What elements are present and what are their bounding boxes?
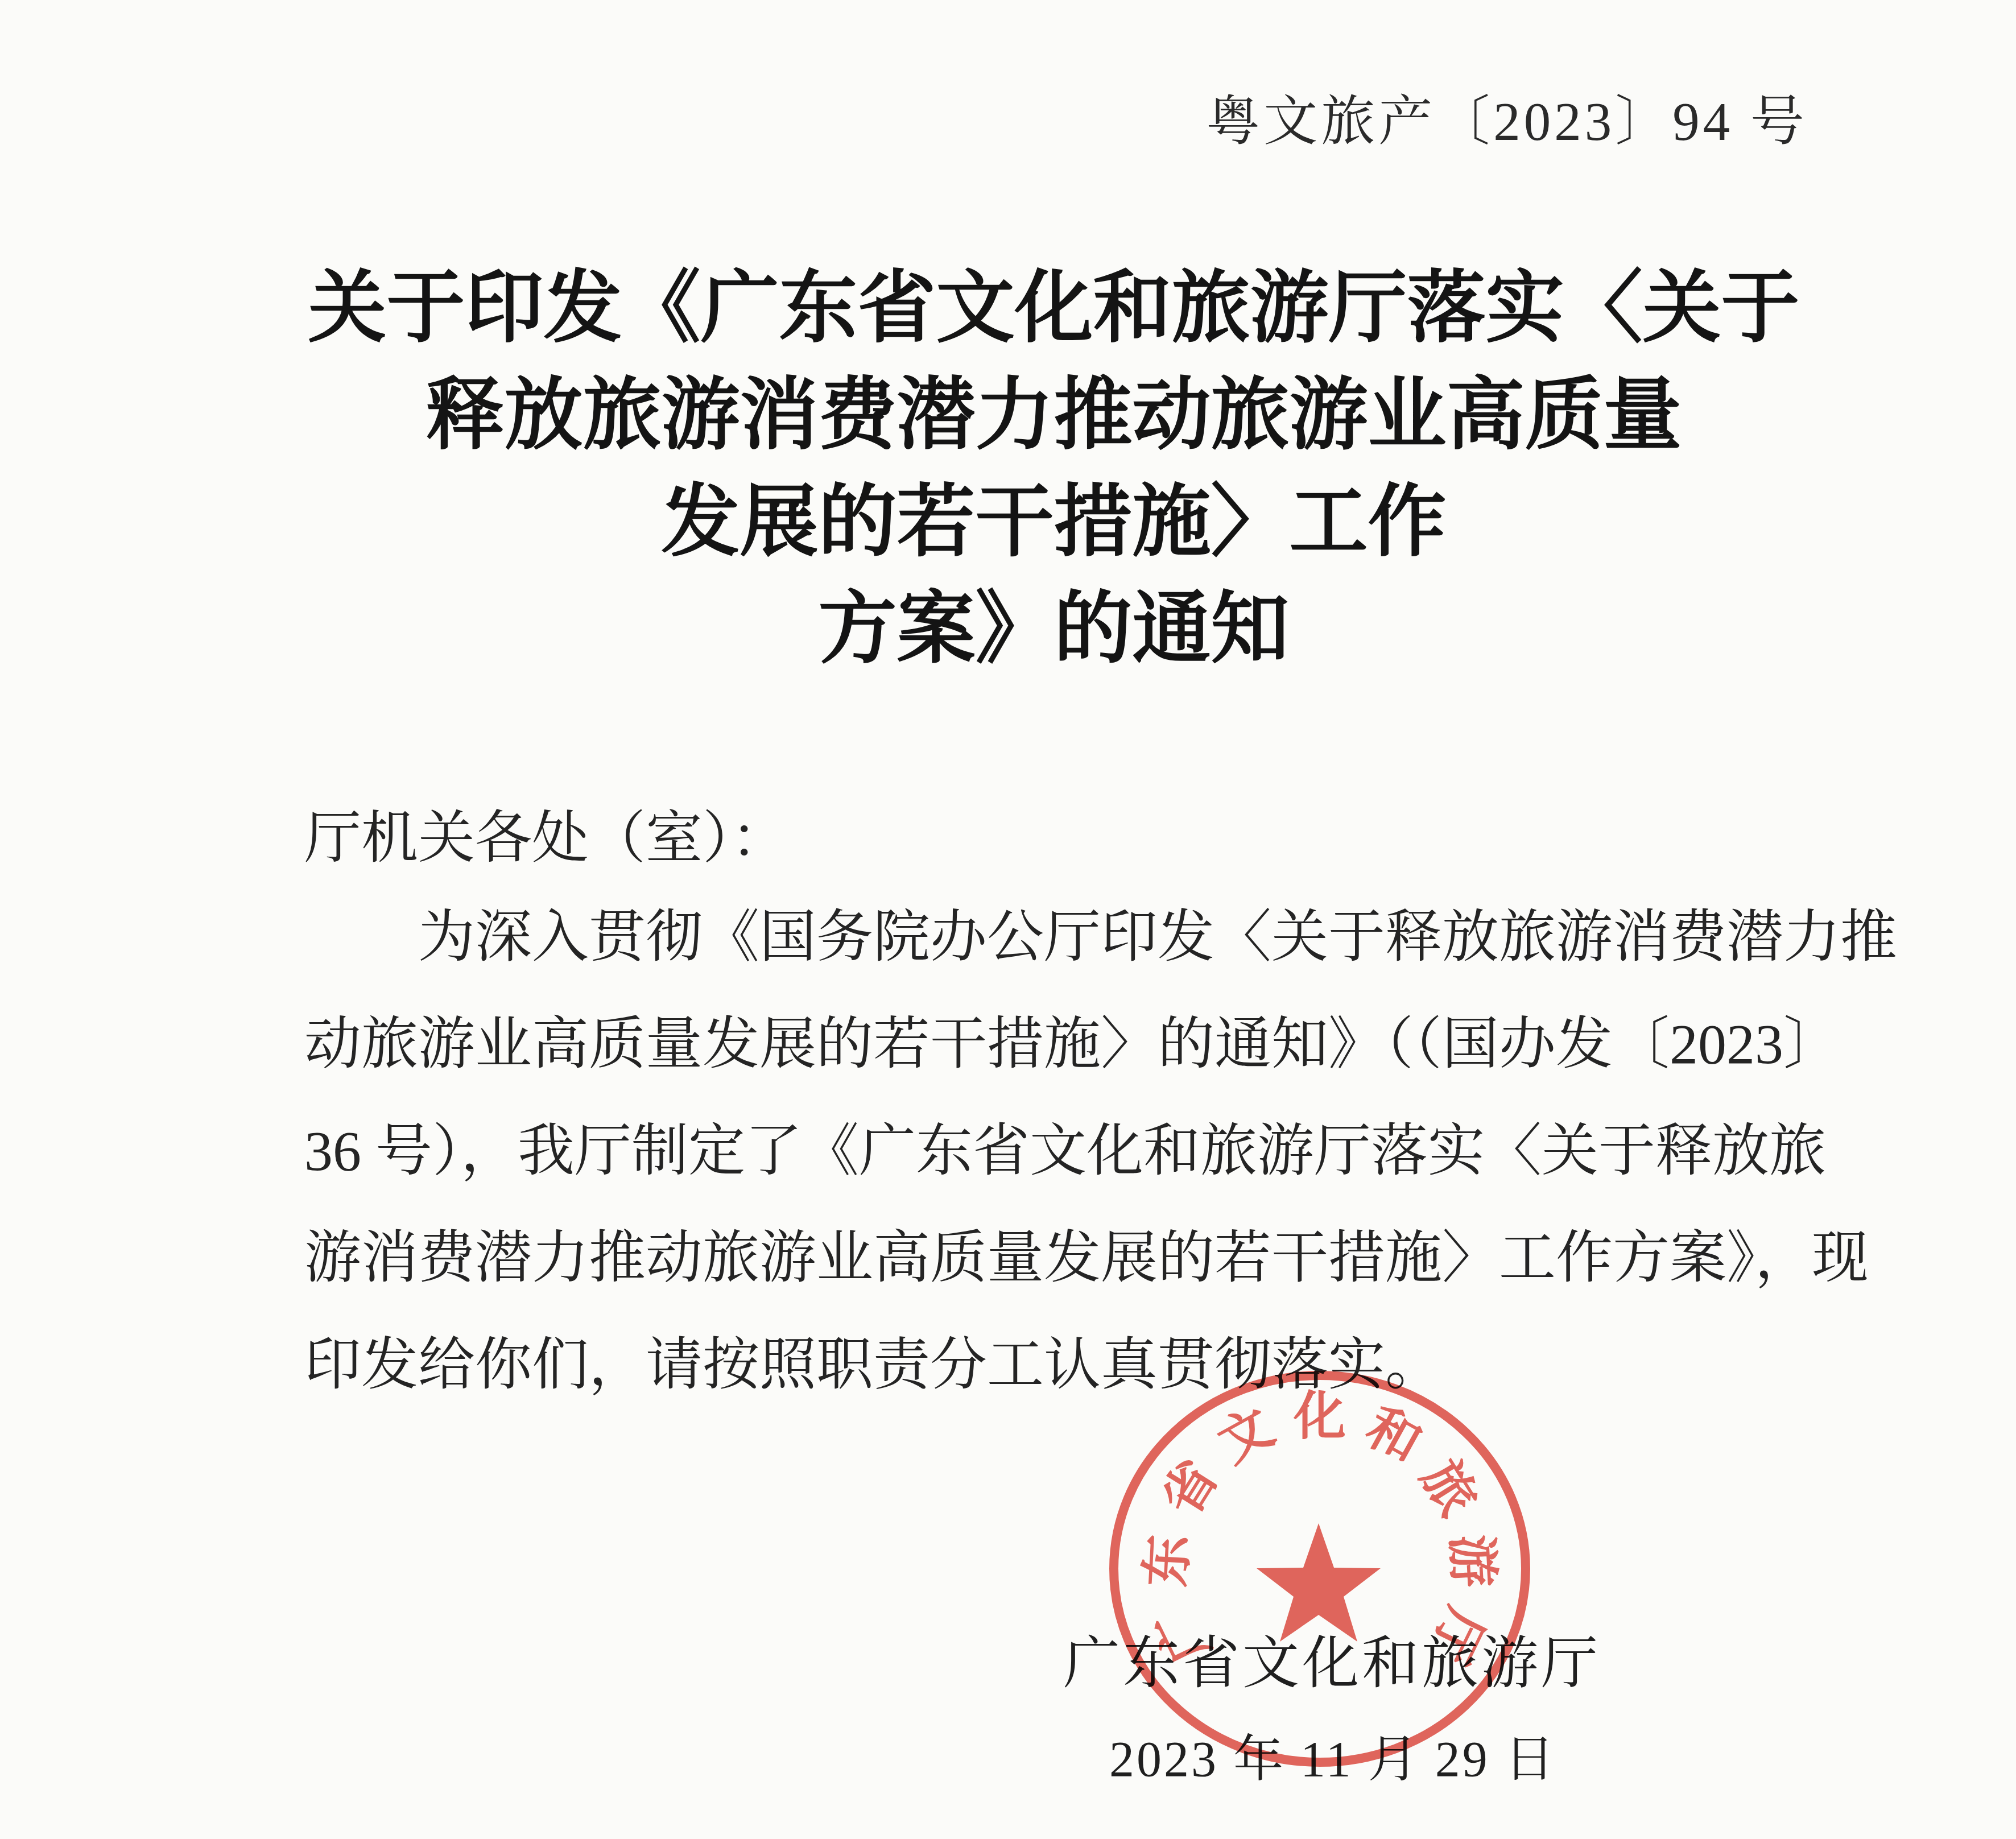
star-icon [1257, 1523, 1381, 1642]
seal-arc-char: 游 [1441, 1533, 1502, 1588]
title-line: 释放旅游消费潜力推动旅游业高质量 [304, 362, 1803, 469]
document-page: 粤文旅产〔2023〕94 号 关于印发《广东省文化和旅游厅落实〈关于释放旅游消费… [0, 0, 2016, 1839]
salutation-line: 厅机关各处（室）： [304, 792, 788, 874]
body-line: 为深入贯彻《国务院办公厅印发〈关于释放旅游消费潜力推 [304, 884, 1803, 991]
seal-arc-char: 文 [1209, 1398, 1283, 1474]
seal-arc-char: 旅 [1411, 1450, 1488, 1526]
title-line: 方案》的通知 [304, 576, 1803, 683]
title-line: 发展的若干措施〉工作 [304, 469, 1803, 576]
body-line: 印发给你们，请按照职责分工认真贯彻落实。 [304, 1312, 1803, 1419]
seal-arc-char: 东 [1137, 1533, 1198, 1588]
document-title: 关于印发《广东省文化和旅游厅落实〈关于释放旅游消费潜力推动旅游业高质量发展的若干… [304, 255, 1803, 683]
document-reference-number: 粤文旅产〔2023〕94 号 [1206, 78, 1808, 156]
title-line: 关于印发《广东省文化和旅游厅落实〈关于 [304, 255, 1803, 362]
seal-arc-char: 厅 [1419, 1600, 1494, 1672]
seal-arc-char: 化 [1293, 1387, 1346, 1445]
seal-arc-char: 省 [1152, 1450, 1229, 1526]
body-line: 动旅游业高质量发展的若干措施〉的通知》（（国办发〔2023〕 [304, 991, 1803, 1098]
body-paragraph: 为深入贯彻《国务院办公厅印发〈关于释放旅游消费潜力推动旅游业高质量发展的若干措施… [304, 884, 1803, 1419]
body-line: 36 号），我厅制定了《广东省文化和旅游厅落实〈关于释放旅 [304, 1098, 1803, 1205]
official-seal: 广东省文化和旅游厅 [1101, 1365, 1539, 1775]
seal-arc-char: 和 [1357, 1398, 1431, 1474]
body-line: 游消费潜力推动旅游业高质量发展的若干措施〉工作方案》，现 [304, 1205, 1803, 1312]
seal-arc-char: 广 [1145, 1600, 1220, 1672]
